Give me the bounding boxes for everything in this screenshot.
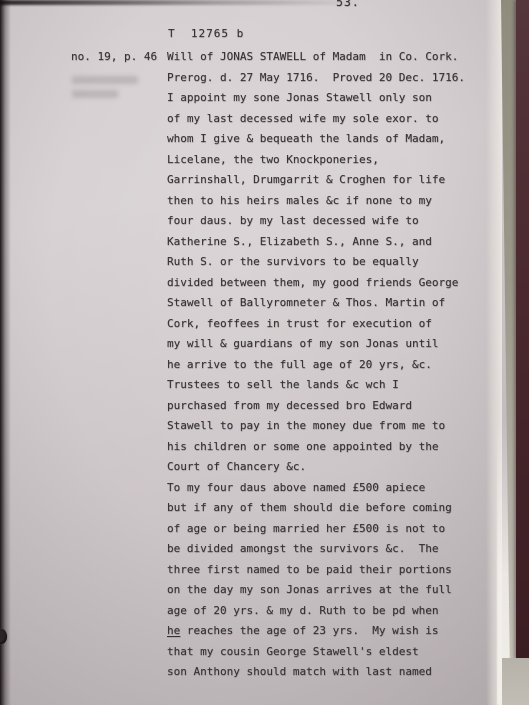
typescript-line: Stawell of Ballyromneter & Thos. Martin … bbox=[167, 293, 479, 314]
photo-left-dark-edge bbox=[0, 0, 11, 705]
typescript-line: Garrinshall, Drumgarrit & Croghen for li… bbox=[167, 170, 479, 191]
show-through-smudge bbox=[72, 76, 138, 84]
will-abstract-body: Will of JONAS STAWELL of Madam in Co. Co… bbox=[167, 47, 479, 683]
typescript-line: on the day my son Jonas arrives at the f… bbox=[167, 580, 479, 601]
photograph-of-typescript-page: 53. T 12765 b no. 19, p. 46 Will of JONA… bbox=[0, 0, 529, 705]
typescript-line: but if any of them should die before com… bbox=[167, 498, 479, 519]
typescript-line: my will & guardians of my son Jonas unti… bbox=[167, 334, 479, 355]
typescript-line: son Anthony should match with last named bbox=[167, 662, 479, 683]
typescript-line: Court of Chancery &c. bbox=[167, 457, 479, 478]
typescript-line: Prerog. d. 27 May 1716. Proved 20 Dec. 1… bbox=[167, 68, 479, 89]
typescript-line: I appoint my sone Jonas Stawell only son bbox=[167, 88, 479, 109]
typescript-line: three first named to be paid their porti… bbox=[167, 560, 479, 581]
typescript-line: Ruth S. or the survivors to be equally bbox=[167, 252, 479, 273]
show-through-smudge bbox=[72, 90, 118, 98]
typescript-line: that my cousin George Stawell's eldest bbox=[167, 642, 479, 663]
typescript-line: be divided amongst the survivors &c. The bbox=[167, 539, 479, 560]
margin-note: no. 19, p. 46 bbox=[71, 47, 157, 68]
typescript-line: Will of JONAS STAWELL of Madam in Co. Co… bbox=[167, 47, 479, 68]
typescript-line: Katherine S., Elizabeth S., Anne S., and bbox=[167, 232, 479, 253]
typescript-line: he reaches the age of 23 yrs. My wish is bbox=[167, 621, 479, 642]
typescript-line: he arrive to the full age of 20 yrs, &c. bbox=[167, 355, 479, 376]
background-surface-corner bbox=[502, 658, 529, 705]
typescript-line: of age or being married her £500 is not … bbox=[167, 519, 479, 540]
binding-spine-strip bbox=[516, 0, 529, 659]
typescript-line: To my four daus above named £500 apiece bbox=[167, 478, 479, 499]
typescript-line: four daus. by my last decessed wife to bbox=[167, 211, 479, 232]
typescript-line: whom I give & bequeath the lands of Mada… bbox=[167, 129, 479, 150]
page-number: 53. bbox=[336, 0, 360, 9]
typescript-line: then to his heirs males &c if none to my bbox=[167, 191, 479, 212]
typescript-line: of my last decessed wife my sole exor. t… bbox=[167, 109, 479, 130]
typescript-line: his children or some one appointed by th… bbox=[167, 437, 479, 458]
manuscript-reference-number: T 12765 b bbox=[168, 27, 244, 40]
typescript-line: Licelane, the two Knockponeries, bbox=[167, 150, 479, 171]
typescript-line: Cork, feoffees in trust for execution of bbox=[167, 314, 479, 335]
typescript-line: age of 20 yrs. & my d. Ruth to be pd whe… bbox=[167, 601, 479, 622]
typescript-line: purchased from my decessed bro Edward bbox=[167, 396, 479, 417]
typescript-line: Trustees to sell the lands &c wch I bbox=[167, 375, 479, 396]
typescript-line: Stawell to pay in the money due from me … bbox=[167, 416, 479, 437]
typescript-line: divided between them, my good friends Ge… bbox=[167, 273, 479, 294]
